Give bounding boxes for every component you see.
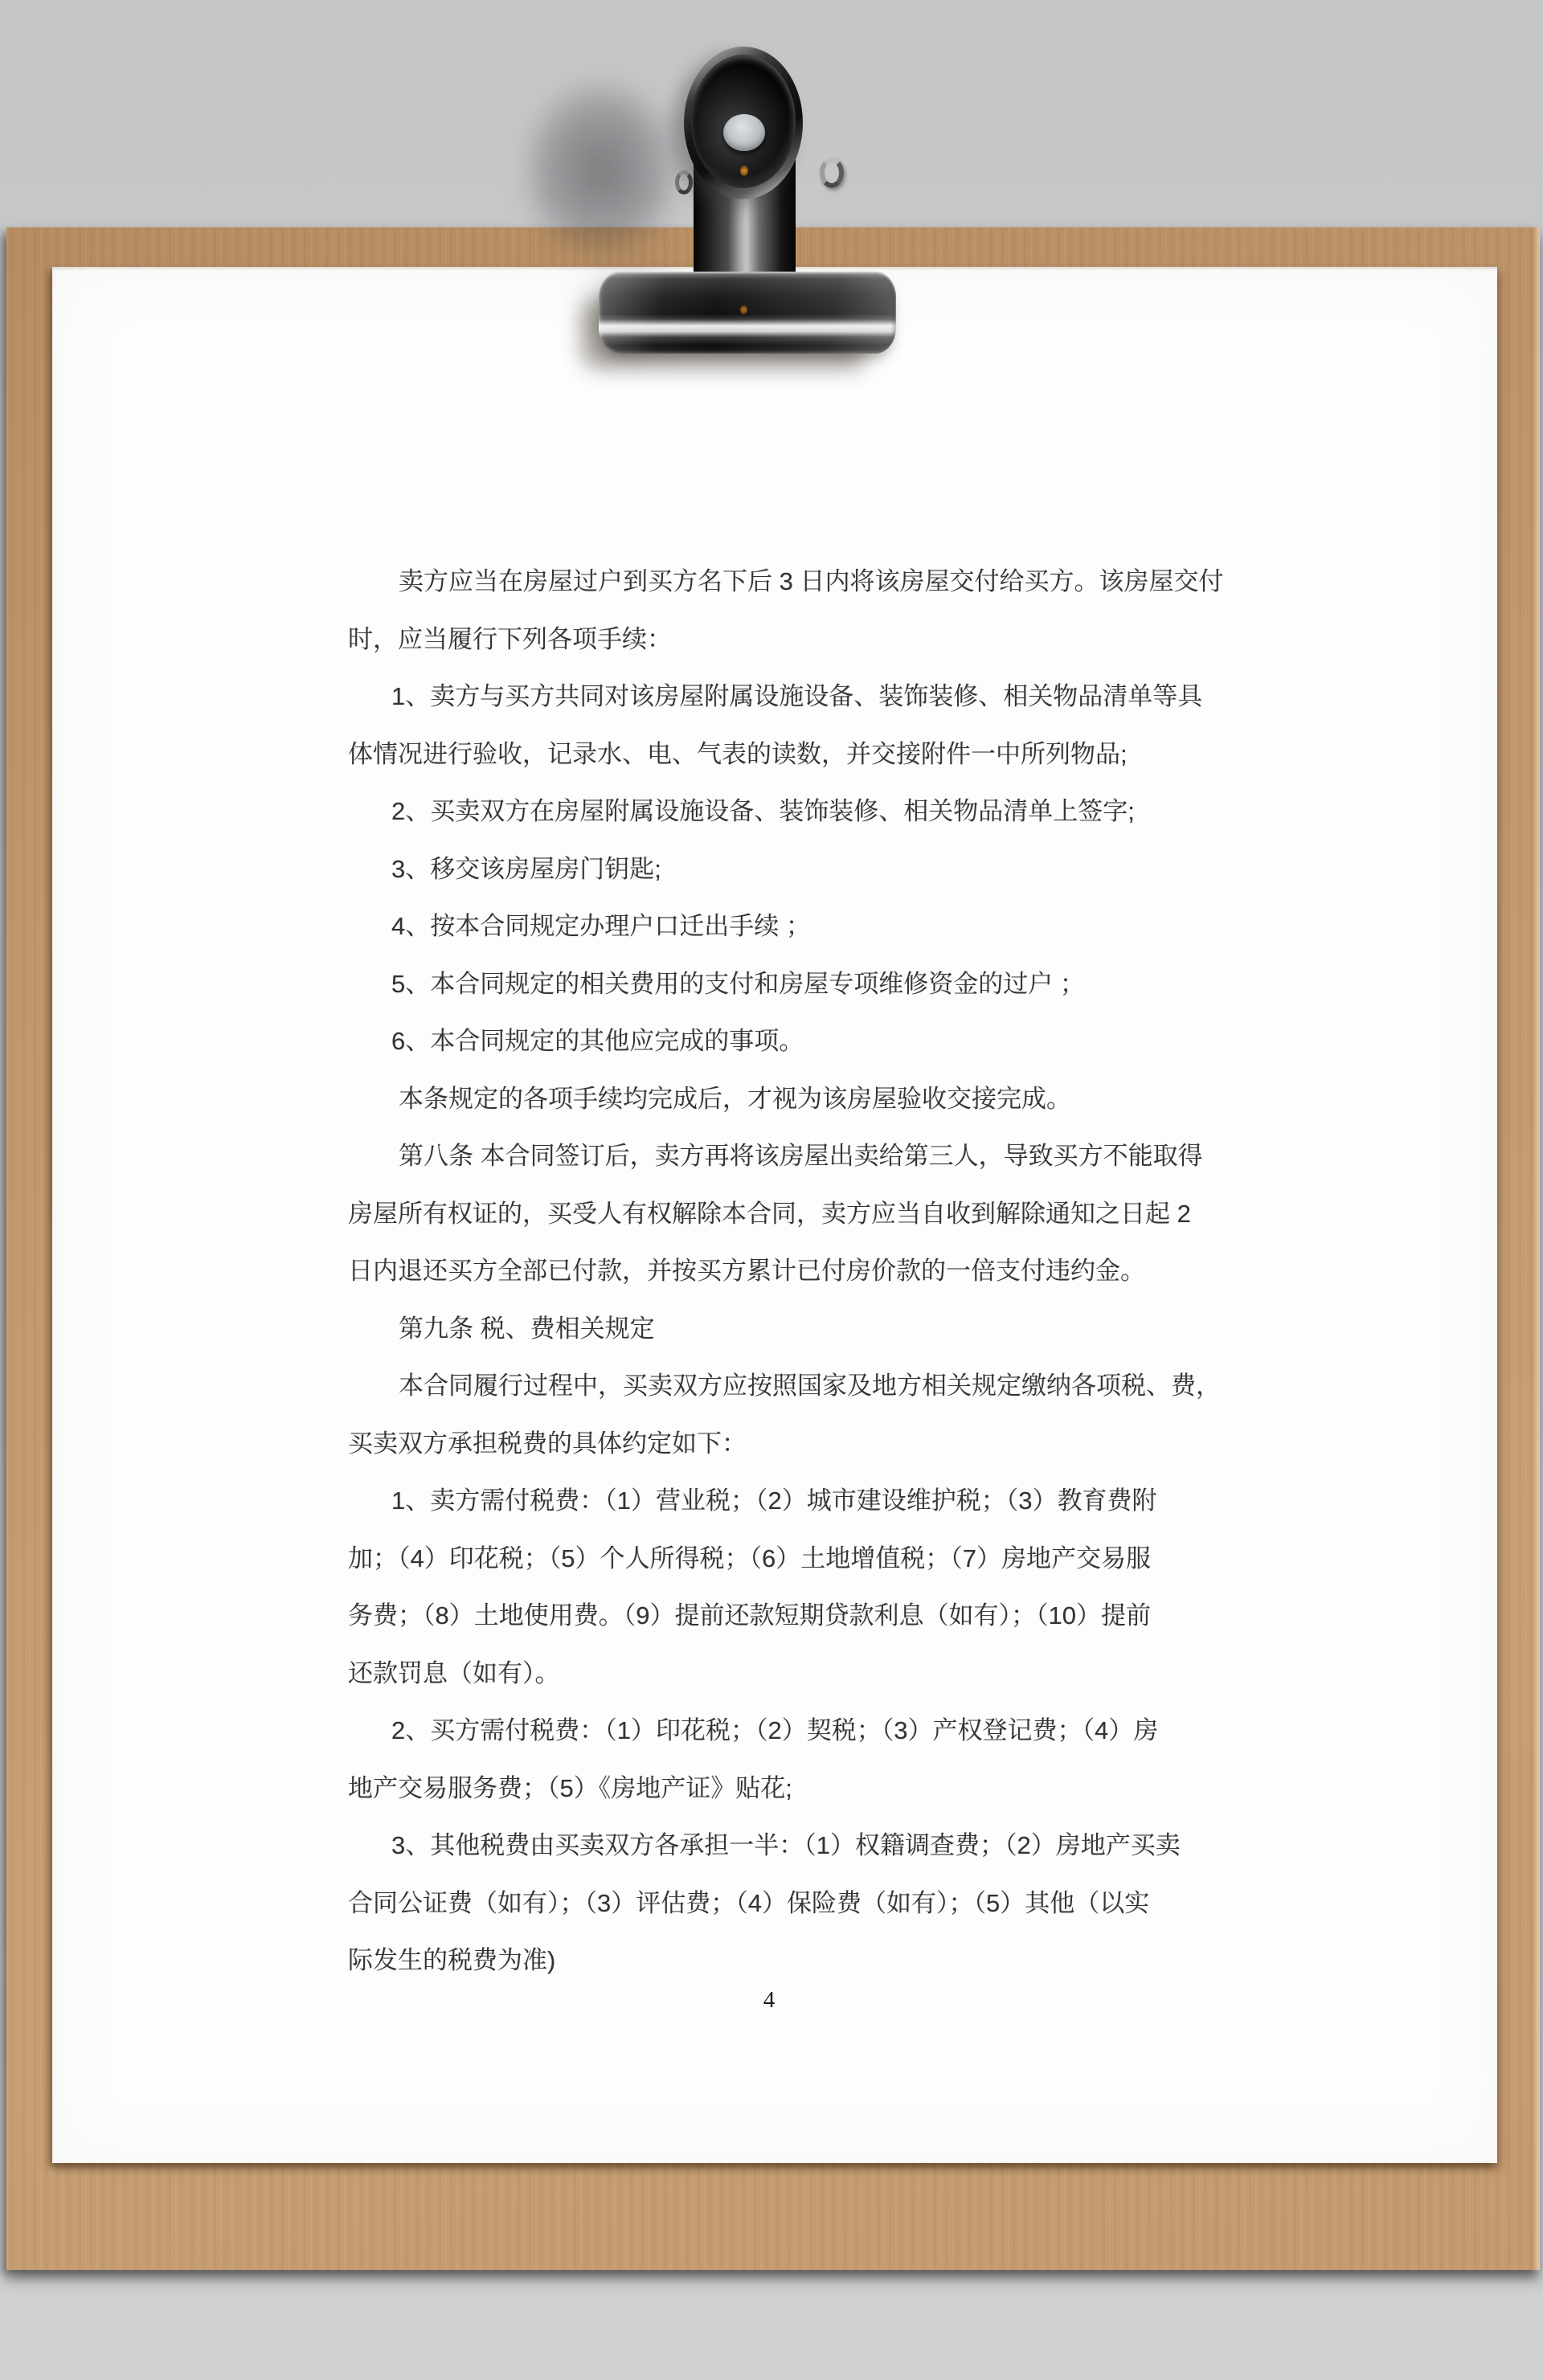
contract-line: 务费；（8）土地使用费。（9）提前还款短期贷款利息（如有）；（10）提前 (348, 1585, 1296, 1642)
contract-line: 体情况进行验收，记录水、电、气表的读数，并交接附件一中所列物品; (348, 723, 1296, 781)
contract-line: 时，应当履行下列各项手续： (348, 608, 1296, 666)
contract-line: 房屋所有权证的，买受人有权解除本合同，卖方应当自收到解除通知之日起 2 (348, 1183, 1296, 1241)
clip-wire-hook-left-icon (675, 170, 693, 194)
page-number: 4 (52, 1987, 1486, 2014)
contract-line: 4、按本合同规定办理户口迁出手续 ； (348, 895, 1296, 953)
contract-line: 1、卖方与买方共同对该房屋附属设施设备、装饰装修、相关物品清单等具 (348, 665, 1296, 723)
contract-text-block: 卖方应当在房屋过户到买方名下后 3 日内将该房屋交付给买方。该房屋交付时，应当履… (348, 550, 1296, 1987)
contract-line: 3、移交该房屋房门钥匙; (348, 838, 1296, 896)
contract-line: 还款罚息（如有）。 (348, 1642, 1296, 1700)
contract-line: 加；（4）印花税；（5）个人所得税；（6）土地增值税；（7）房地产交易服 (348, 1527, 1296, 1585)
clip-knob-glint (740, 166, 748, 176)
contract-line: 本条规定的各项手续均完成后，才视为该房屋验收交接完成。 (348, 1068, 1296, 1126)
clip-knob-face (691, 55, 796, 188)
contract-line: 1、卖方需付税费：（1）营业税；（2）城市建设维护税；（3）教育费附 (348, 1470, 1296, 1527)
contract-line: 日内退还买方全部已付款，并按买方累计已付房价款的一倍支付违约金。 (348, 1240, 1296, 1298)
scene-background: { "scene": { "background_color": "#c9cac… (0, 0, 1543, 2380)
contract-line: 买卖双方承担税费的具体约定如下： (348, 1413, 1296, 1470)
contract-line: 本合同履行过程中，买卖双方应按照国家及地方相关规定缴纳各项税、费， (348, 1355, 1296, 1413)
contract-line: 2、买卖双方在房屋附属设施设备、装饰装修、相关物品清单上签字; (348, 780, 1296, 838)
contract-line: 第九条 税、费相关规定 (348, 1298, 1296, 1356)
contract-line: 2、买方需付税费：（1）印花税；（2）契税；（3）产权登记费；（4）房 (348, 1699, 1296, 1757)
contract-line: 第八条 本合同签订后，卖方再将该房屋出卖给第三人，导致买方不能取得 (348, 1125, 1296, 1183)
paper-sheet: 卖方应当在房屋过户到买方名下后 3 日内将该房屋交付给买方。该房屋交付时，应当履… (52, 267, 1497, 2163)
clip-knob-hole (723, 114, 765, 151)
contract-line: 6、本合同规定的其他应完成的事项。 (348, 1010, 1296, 1068)
contract-line: 际发生的税费为准) (348, 1929, 1296, 1987)
contract-line: 卖方应当在房屋过户到买方名下后 3 日内将该房屋交付给买方。该房屋交付 (348, 550, 1296, 608)
clip-wire-hook-right-icon (820, 157, 844, 188)
contract-line: 合同公证费（如有）；（3）评估费；（4）保险费（如有）；（5）其他（以实 (348, 1872, 1296, 1930)
clip-knob-icon (684, 47, 803, 199)
contract-line: 地产交易服务费；（5）《房地产证》贴花; (348, 1757, 1296, 1815)
contract-line: 5、本合同规定的相关费用的支付和房屋专项维修资金的过户 ； (348, 953, 1296, 1011)
contract-line: 3、其他税费由买卖双方各承担一半：（1）权籍调查费；（2）房地产买卖 (348, 1814, 1296, 1872)
